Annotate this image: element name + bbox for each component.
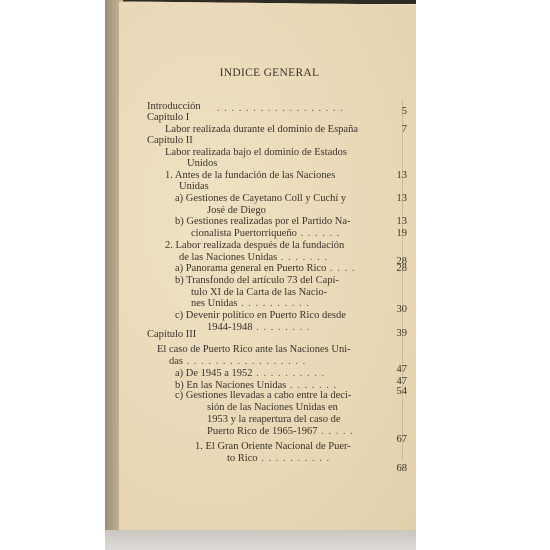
entry-text: a) Panorama general en Puerto Rico [175,263,326,274]
toc-entry: 2. Labor realizada después de la fundaci… [165,240,407,251]
page-number: 54 [397,386,408,397]
page-number: 39 [397,328,408,339]
toc-entry: tulo XI de la Carta de las Nacio- [191,287,407,298]
toc-entry: c) Devenir político en Puerto Rico desde… [175,310,407,321]
toc-entry: Puerto Rico de 1965-1967 . . . . .67 [207,426,407,437]
entry-text: cionalista Puertorriqueño [191,228,297,239]
leader-dots: . . . . . . . . . . [253,368,326,379]
entry-text: tulo XI de la Carta de las Nacio- [191,287,327,298]
toc-entry: José de Diego [207,205,407,216]
toc-title: INDICE GENERAL [147,68,392,79]
book-bottom-edge [105,530,416,550]
toc-entry: Unidos [187,158,407,169]
toc-entry: a) Gestiones de Cayetano Coll y Cuchí y1… [175,193,407,204]
entry-text: 1953 y la reapertura del caso de [207,414,341,425]
toc-entry: sión de las Naciones Unidas en [207,402,407,413]
entry-text: sión de las Naciones Unidas en [207,402,338,413]
toc-entry: Labor realizada durante el dominio de Es… [165,124,407,135]
leader-dots: . . . . . [318,426,354,437]
entry-text: b) Gestiones realizadas por el Partido N… [175,216,351,227]
toc-entry: Capítulo III39 [147,329,407,340]
entry-text: nes Unidas [191,298,237,309]
entry-text: Unidas [179,181,209,192]
leader-dots: . . . . . . . . . . [237,298,310,309]
leader-dots: . . . . . . [297,228,341,239]
toc-entry: c) Gestiones llevadas a cabo entre la de… [175,390,407,401]
toc-entry: nes Unidas . . . . . . . . . . [191,298,407,309]
page-number: 28 [397,263,408,274]
toc-entry: to Rico . . . . . . . . . .68 [227,453,407,464]
toc-entry: Unidas [179,181,407,192]
leader-dots: . . . . [326,263,355,274]
leader-dots: . . . . . . . . . . . . . . . . . [183,356,306,367]
toc-entry: b) Transfondo del artículo 73 del Capí- [175,275,407,286]
toc-entry: 1. El Gran Oriente Nacional de Puer- [195,441,407,452]
entry-text: c) Devenir político en Puerto Rico desde [175,310,346,321]
entry-text: 2. Labor realizada después de la fundaci… [165,240,344,251]
page-number: 13 [397,170,408,181]
entry-text: de las Naciones Unidas [179,252,277,263]
leader-dots: . . . . . . . . . . . . . . . . . . [217,103,344,114]
page-number: 47 [397,364,408,375]
entry-text: Labor realizada durante el dominio de Es… [165,124,358,135]
leader-dots: . . . . . . . [277,252,328,263]
toc-entry: 1. Antes de la fundación de las Naciones… [165,170,407,181]
toc-entry: cionalista Puertorriqueño . . . . . .19 [191,228,407,239]
entry-text: Capítulo I [147,112,189,123]
entry-text: Introducción [147,101,201,112]
entry-text: Labor realizada bajo el dominio de Estad… [165,147,347,158]
entry-text: Puerto Rico de 1965-1967 [207,426,318,437]
toc-entry: b) Gestiones realizadas por el Partido N… [175,216,407,227]
page-number: 7 [402,124,407,135]
toc-entry: El caso de Puerto Rico ante las Naciones… [157,344,407,355]
page-number: 13 [397,193,408,204]
leader-dots: . . . . . . . . . . [258,453,331,464]
page-number: 5 [402,106,407,117]
page-number: 19 [397,228,408,239]
toc-entry: 1953 y la reapertura del caso de [207,414,407,425]
toc-entry: Capítulo I. . . . . . . . . . . . . . . … [147,112,407,123]
page-number: 68 [397,463,408,474]
page-number: 30 [397,304,408,315]
entry-text: to Rico [227,453,258,464]
toc-entry: das . . . . . . . . . . . . . . . . . [169,356,407,367]
entry-text: José de Diego [207,205,266,216]
entry-text: c) Gestiones llevadas a cabo entre la de… [175,390,351,401]
entry-text: b) Transfondo del artículo 73 del Capí- [175,275,339,286]
entry-text: Unidos [187,158,217,169]
entry-text: 1. El Gran Oriente Nacional de Puer- [195,441,351,452]
entry-text: a) De 1945 a 1952 [175,368,253,379]
toc-entry: Labor realizada bajo el dominio de Estad… [165,147,425,158]
entry-text: Capítulo III [147,329,196,340]
toc-entry: a) De 1945 a 1952 . . . . . . . . . .47 [175,368,407,379]
toc-entry: a) Panorama general en Puerto Rico . . .… [175,263,407,274]
entry-text: a) Gestiones de Cayetano Coll y Cuchí y [175,193,346,204]
page-number: 13 [397,216,408,227]
toc-entry: de las Naciones Unidas . . . . . . . [179,252,407,263]
entry-text: das [169,356,183,367]
entry-text: Capítulo II [147,135,193,146]
toc-entry: Capítulo II [147,135,407,146]
entry-text: El caso de Puerto Rico ante las Naciones… [157,344,351,355]
entry-text: 1. Antes de la fundación de las Naciones [165,170,335,181]
